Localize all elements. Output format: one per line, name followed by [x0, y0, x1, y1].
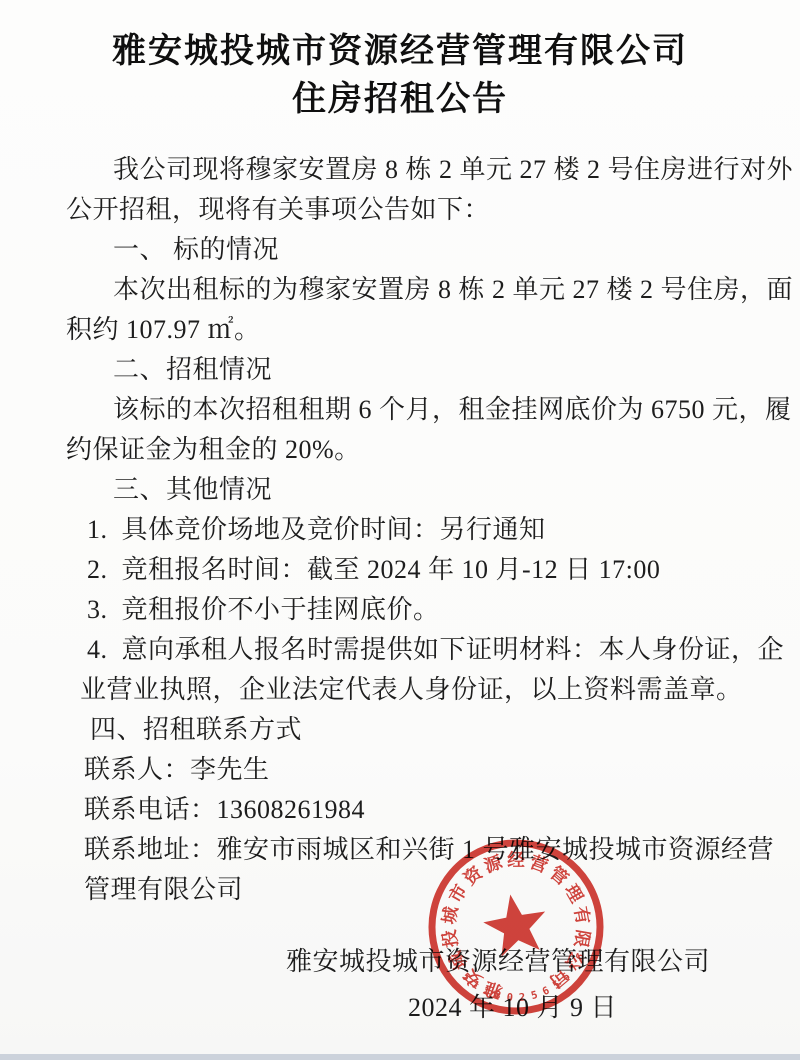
document-line: 二、招租情况	[66, 350, 738, 390]
document-line: 联系人：李先生	[66, 750, 738, 790]
document-title-line2: 住房招租公告	[0, 76, 800, 124]
document-line: 2. 竞租报名时间：截至 2024 年 10 月-12 日 17:00	[66, 550, 738, 590]
document-line: 公开招租，现将有关事项公告如下：	[66, 190, 738, 230]
document-line: 3. 竞租报价不小于挂网底价。	[66, 590, 738, 630]
document-line: 1. 具体竞价场地及竞价时间：另行通知	[66, 510, 738, 550]
document-line: 业营业执照，企业法定代表人身份证，以上资料需盖章。	[66, 670, 738, 710]
document-line: 四、招租联系方式	[66, 710, 738, 750]
document-line: 三、其他情况	[66, 470, 738, 510]
document-body: 我公司现将穆家安置房 8 栋 2 单元 27 楼 2 号住房进行对外公开招租，现…	[66, 150, 738, 910]
document-line: 约保证金为租金的 20%。	[66, 430, 738, 470]
announcement-page: 雅安城投城市资源经营管理有限公司 住房招租公告 我公司现将穆家安置房 8 栋 2…	[0, 0, 800, 1060]
document-title-line1: 雅安城投城市资源经营管理有限公司	[0, 28, 800, 76]
document-line: 该标的本次招租租期 6 个月，租金挂网底价为 6750 元，履	[66, 390, 738, 430]
document-line: 联系地址：雅安市雨城区和兴街 1 号雅安城投城市资源经营	[66, 830, 738, 870]
document-line: 一、 标的情况	[66, 230, 738, 270]
scan-bottom-edge	[0, 1054, 800, 1060]
document-line: 我公司现将穆家安置房 8 栋 2 单元 27 楼 2 号住房进行对外	[66, 150, 738, 190]
document-line: 管理有限公司	[66, 870, 738, 910]
document-line: 联系电话：13608261984	[66, 790, 738, 830]
signature-company: 雅安城投城市资源经营管理有限公司	[0, 942, 800, 982]
signature-date: 2024 年 10 月 9 日	[0, 988, 800, 1028]
document-line: 4. 意向承租人报名时需提供如下证明材料：本人身份证，企	[66, 630, 738, 670]
document-line: 本次出租标的为穆家安置房 8 栋 2 单元 27 楼 2 号住房，面	[66, 270, 738, 310]
document-line: 积约 107.97 ㎡。	[66, 310, 738, 350]
